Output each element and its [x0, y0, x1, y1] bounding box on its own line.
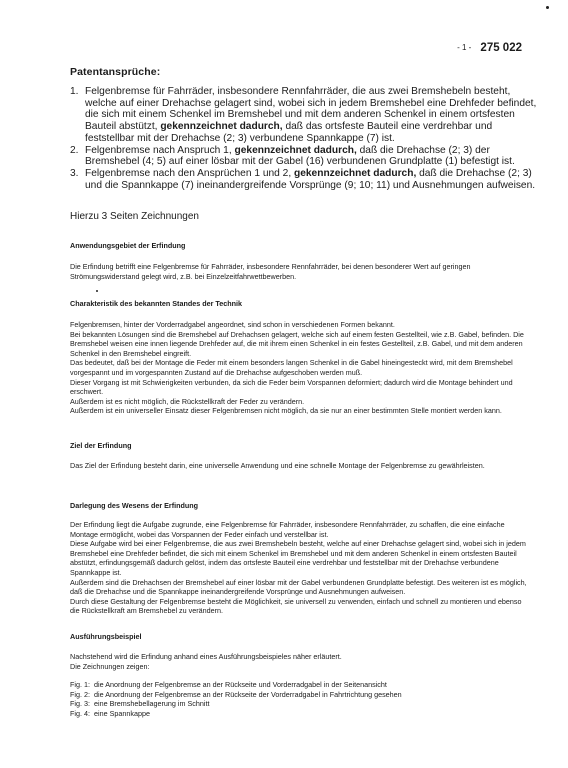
- paragraph: Außerdem ist ein universeller Einsatz di…: [70, 406, 532, 416]
- claim-item: 3. Felgenbremse nach den Ansprüchen 1 un…: [70, 168, 540, 191]
- claim-emphasis: gekennzeichnet dadurch,: [160, 121, 282, 132]
- figure-caption: die Anordnung der Felgenbremse an der Rü…: [94, 690, 402, 699]
- figure-label: Fig. 2:: [70, 690, 92, 700]
- scan-speck: [546, 6, 549, 9]
- section-heading-application: Anwendungsgebiet der Erfindung: [70, 241, 185, 250]
- paragraph: Der Erfindung liegt die Aufgabe zugrunde…: [70, 520, 532, 539]
- figure-caption: eine Bremshebellagerung im Schnitt: [94, 699, 209, 708]
- section-heading-prior-art: Charakteristik des bekannten Standes der…: [70, 299, 242, 308]
- figure-label: Fig. 3:: [70, 699, 92, 709]
- page-header: - 1 - 275 022: [457, 42, 522, 54]
- paragraph: Außerdem ist es nicht möglich, die Rücks…: [70, 397, 532, 407]
- section-body-embodiment: Nachstehend wird die Erfindung anhand ei…: [70, 652, 532, 671]
- figure-item: Fig. 4: eine Spannkappe: [70, 709, 402, 719]
- paragraph: Bei bekannten Lösungen sind die Bremsheb…: [70, 330, 532, 359]
- paragraph: Die Zeichnungen zeigen:: [70, 662, 532, 672]
- section-body-prior-art: Felgenbremsen, hinter der Vorderradgabel…: [70, 320, 532, 416]
- claim-item: 2. Felgenbremse nach Anspruch 1, gekennz…: [70, 145, 540, 168]
- drawings-note: Hierzu 3 Seiten Zeichnungen: [70, 211, 199, 222]
- section-heading-embodiment: Ausführungsbeispiel: [70, 632, 141, 641]
- figure-caption: eine Spannkappe: [94, 709, 150, 718]
- figure-list: Fig. 1: die Anordnung der Felgenbremse a…: [70, 680, 402, 718]
- claims-title: Patentansprüche:: [70, 66, 160, 78]
- paragraph: Das bedeutet, daß bei der Montage die Fe…: [70, 358, 532, 377]
- claim-number: 3.: [70, 168, 79, 180]
- section-heading-goal: Ziel der Erfindung: [70, 441, 132, 450]
- figure-item: Fig. 2: die Anordnung der Felgenbremse a…: [70, 690, 402, 700]
- paragraph: Außerdem sind die Drehachsen der Bremshe…: [70, 578, 532, 597]
- paragraph: Das Ziel der Erfindung besteht darin, ei…: [70, 461, 532, 471]
- scan-speck: [96, 290, 98, 292]
- figure-label: Fig. 1:: [70, 680, 92, 690]
- figure-label: Fig. 4:: [70, 709, 92, 719]
- figure-item: Fig. 1: die Anordnung der Felgenbremse a…: [70, 680, 402, 690]
- paragraph: Nachstehend wird die Erfindung anhand ei…: [70, 652, 532, 662]
- page-indicator: - 1 -: [457, 43, 471, 52]
- claim-emphasis: gekennzeichnet dadurch,: [235, 145, 357, 156]
- section-heading-essence: Darlegung des Wesens der Erfindung: [70, 501, 198, 510]
- document-number: 275 022: [480, 42, 522, 54]
- paragraph: Dieser Vorgang ist mit Schwierigkeiten v…: [70, 378, 532, 397]
- paragraph: Diese Aufgabe wird bei einer Felgenbrems…: [70, 539, 532, 577]
- paragraph: Die Erfindung betrifft eine Felgenbremse…: [70, 262, 532, 281]
- paragraph: Durch diese Gestaltung der Felgenbremse …: [70, 597, 532, 616]
- paragraph: Felgenbremsen, hinter der Vorderradgabel…: [70, 320, 532, 330]
- section-body-goal: Das Ziel der Erfindung besteht darin, ei…: [70, 461, 532, 471]
- claim-emphasis: gekennzeichnet dadurch,: [294, 168, 416, 179]
- figure-item: Fig. 3: eine Bremshebellagerung im Schni…: [70, 699, 402, 709]
- claim-number: 2.: [70, 145, 79, 157]
- section-body-essence: Der Erfindung liegt die Aufgabe zugrunde…: [70, 520, 532, 616]
- figure-caption: die Anordnung der Felgenbremse an der Rü…: [94, 680, 387, 689]
- section-body-application: Die Erfindung betrifft eine Felgenbremse…: [70, 262, 532, 281]
- claim-item: 1. Felgenbremse für Fahrräder, insbesond…: [70, 86, 540, 145]
- claims-list: 1. Felgenbremse für Fahrräder, insbesond…: [70, 86, 540, 191]
- claim-number: 1.: [70, 86, 79, 98]
